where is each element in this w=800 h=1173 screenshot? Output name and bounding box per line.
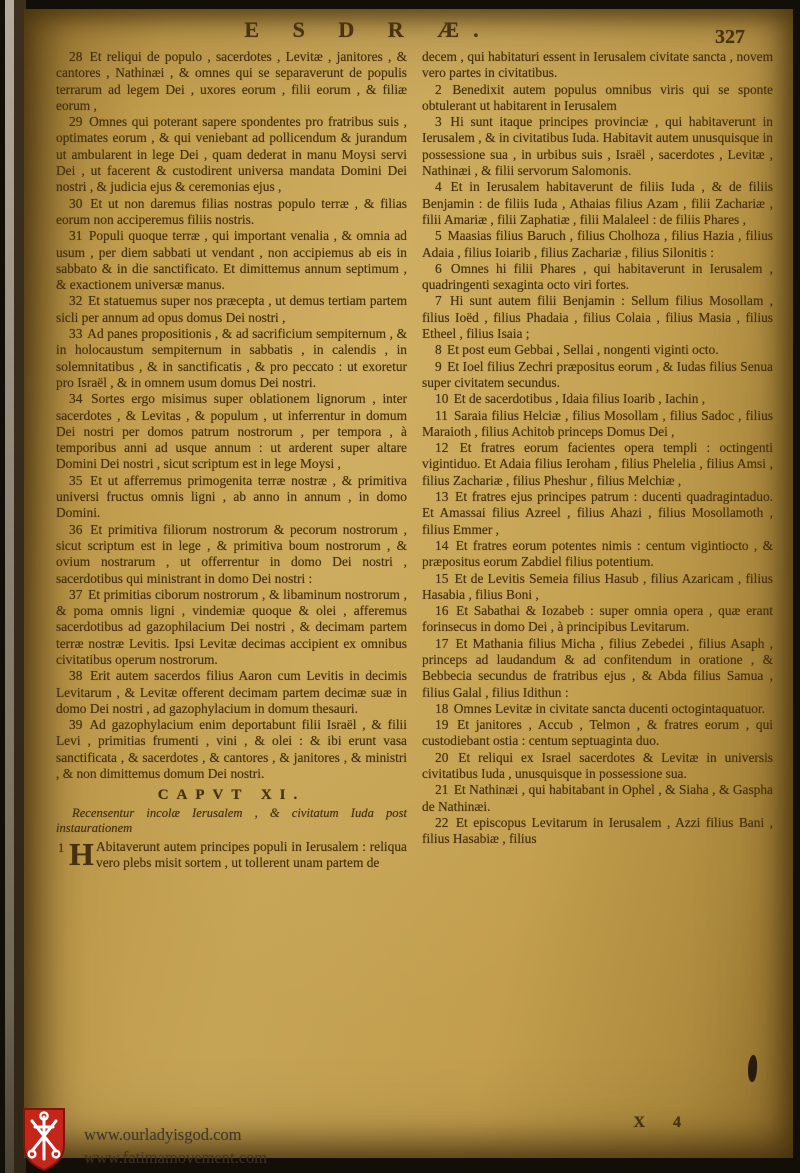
verse-text: Et post eum Gebbai , Sellai , nongenti v…	[444, 342, 719, 357]
verse-13: 13 Et fratres ejus principes patrum : du…	[422, 489, 773, 538]
verse-37: 37 Et primitias ciborum nostrorum , & li…	[56, 587, 407, 668]
verse-number: 18	[435, 701, 450, 716]
verse-10: 10 Et de sacerdotibus , Idaia filius Ioa…	[422, 391, 773, 407]
verse-39: 39 Ad gazophylacium enim deportabunt fil…	[56, 717, 407, 782]
verse-18: 18 Omnes Levitæ in civitate sancta ducen…	[422, 701, 773, 717]
verse-16: 16 Et Sabathai & Iozabeb : super omnia o…	[422, 603, 773, 636]
verse-text: Populi quoque terræ , qui important vena…	[56, 228, 407, 292]
verse-number: 20	[435, 750, 450, 765]
verse-7: 7 Hi sunt autem filii Benjamin : Sellum …	[422, 293, 773, 342]
verse-text: Et ut afferremus primogenita terræ nostr…	[56, 473, 407, 521]
verse-34: 34 Sortes ergo misimus super oblationem …	[56, 391, 407, 472]
verse-number: 30	[69, 196, 84, 211]
verse-text: Et janitores , Accub , Telmon , & fratre…	[422, 717, 773, 748]
verse-9: 9 Et Ioel filius Zechri præpositus eorum…	[422, 359, 773, 392]
verse-number: 34	[69, 391, 84, 406]
verse-text: Et Mathania filius Micha , filius Zebede…	[422, 636, 773, 700]
verse-number: 4	[435, 179, 444, 194]
verse-32: 32 Et statuemus super nos præcepta , ut …	[56, 293, 407, 326]
verse-33: 33 Ad panes propositionis , & ad sacrifi…	[56, 326, 407, 391]
verse-text: Et fratres ejus principes patrum : ducen…	[422, 489, 773, 537]
verse-11: 11 Saraia filius Helciæ , filius Mosolla…	[422, 408, 773, 441]
verse-21: 21 Et Nathinæi , qui habitabant in Ophel…	[422, 782, 773, 815]
verse-text: Saraia filius Helciæ , filius Mosollam ,…	[422, 408, 773, 439]
verse-text: Et in Ierusalem habitaverunt de filiis I…	[422, 179, 773, 227]
verse-number: 10	[435, 391, 450, 406]
book-page-edges	[5, 0, 14, 1173]
verse-number: 33	[69, 326, 84, 341]
verse-5: 5 Maasias filius Baruch , filius Cholhoz…	[422, 228, 773, 261]
verse-31: 31 Populi quoque terræ , qui important v…	[56, 228, 407, 293]
verse-number: 39	[69, 717, 84, 732]
verse-number: 5	[435, 228, 444, 243]
verse-number: 21	[435, 782, 450, 797]
watermark: www.ourladyisgod.com www.fatimamovement.…	[22, 1107, 267, 1171]
verse-36: 36 Et primitiva filiorum nostrorum & pec…	[56, 522, 407, 587]
verse-1: 1 H Abitaverunt autem principes populi i…	[56, 839, 407, 872]
verse-15: 15 Et de Levitis Semeia filius Hasub , f…	[422, 571, 773, 604]
verse-20: 20 Et reliqui ex Israel sacerdotes & Lev…	[422, 750, 773, 783]
verse-number: 2	[435, 82, 444, 97]
verse-text: Et primitias ciborum nostrorum , & libam…	[56, 587, 407, 667]
signature-mark: X 4	[633, 1114, 693, 1132]
verse-text: Omnes hi filii Phares , qui habitaverunt…	[422, 261, 773, 292]
verse-3: 3 Hi sunt itaque principes provinciæ , q…	[422, 114, 773, 179]
drop-cap-initial: H	[69, 839, 94, 870]
verse-text: Sortes ergo misimus super oblationem lig…	[56, 391, 407, 471]
verse-text: Et de sacerdotibus , Idaia filius Ioarib…	[450, 391, 705, 406]
verse-number: 22	[435, 815, 450, 830]
verse-number: 7	[435, 293, 444, 308]
watermark-url: www.fatimamovement.com	[84, 1146, 267, 1169]
verse-text: Et fratres eorum facientes opera templi …	[422, 440, 773, 488]
verse-text: Hi sunt autem filii Benjamin : Sellum fi…	[422, 293, 773, 341]
verse-text: Maasias filius Baruch , filius Cholhoza …	[422, 228, 773, 259]
verse-number: 11	[435, 408, 450, 423]
verse-text: Et primitiva filiorum nostrorum & pecoru…	[56, 522, 407, 586]
right-column: decem , qui habitaturi essent in Ierusal…	[422, 49, 773, 1136]
verse-6: 6 Omnes hi filii Phares , qui habitaveru…	[422, 261, 773, 294]
verse-number: 37	[69, 587, 84, 602]
verse-text: Ad gazophylacium enim deportabunt filii …	[56, 717, 407, 781]
verse-text: Et statuemus super nos præcepta , ut dem…	[56, 293, 407, 324]
page-number: 327	[715, 26, 745, 49]
verse-continuation: decem , qui habitaturi essent in Ierusal…	[422, 49, 773, 82]
verse-14: 14 Et fratres eorum potentes nimis : cen…	[422, 538, 773, 571]
text-columns: 28 Et reliqui de populo , sacerdotes , L…	[56, 49, 773, 1136]
verse-number: 3	[435, 114, 444, 129]
chapter-heading: CAPVT XI.	[56, 787, 407, 803]
verse-number: 14	[435, 538, 450, 553]
verse-text: Et fratres eorum potentes nimis : centum…	[422, 538, 773, 569]
verse-2: 2 Benedixit autem populus omnibus viris …	[422, 82, 773, 115]
verse-35: 35 Et ut afferremus primogenita terræ no…	[56, 473, 407, 522]
verse-text: Et reliqui ex Israel sacerdotes & Levitæ…	[422, 750, 773, 781]
verse-text: Et Ioel filius Zechri præpositus eorum ,…	[422, 359, 773, 390]
left-column-verses: 28 Et reliqui de populo , sacerdotes , L…	[56, 49, 407, 782]
verse-number: 9	[435, 359, 444, 374]
verse-28: 28 Et reliqui de populo , sacerdotes , L…	[56, 49, 407, 114]
verse-number: 13	[435, 489, 450, 504]
verse-number: 8	[435, 342, 444, 357]
verse-number: 6	[435, 261, 444, 276]
verse-text: Abitaverunt autem principes populi in Ie…	[96, 839, 407, 870]
book-page: E S D R Æ. 327 28 Et reliqui de populo ,…	[24, 9, 793, 1158]
verse-text: Et Nathinæi , qui habitabant in Ophel , …	[422, 782, 773, 813]
verse-number: 19	[435, 717, 450, 732]
verse-4: 4 Et in Ierusalem habitaverunt de filiis…	[422, 179, 773, 228]
verse-number: 28	[69, 49, 84, 64]
verse-number: 16	[435, 603, 450, 618]
verse-8: 8 Et post eum Gebbai , Sellai , nongenti…	[422, 342, 773, 358]
verse-12: 12 Et fratres eorum facientes opera temp…	[422, 440, 773, 489]
verse-number: 38	[69, 668, 84, 683]
running-head: E S D R Æ.	[24, 17, 713, 43]
verse-22: 22 Et episcopus Levitarum in Ierusalem ,…	[422, 815, 773, 848]
verse-number: 36	[69, 522, 84, 537]
verse-number: 35	[69, 473, 84, 488]
verse-text: Omnes Levitæ in civitate sancta ducenti …	[450, 701, 765, 716]
verse-text: Et de Levitis Semeia filius Hasub , fili…	[422, 571, 773, 602]
verse-number: 31	[69, 228, 84, 243]
left-column: 28 Et reliqui de populo , sacerdotes , L…	[56, 49, 407, 1136]
verse-text: Et episcopus Levitarum in Ierusalem , Az…	[422, 815, 773, 846]
verse-text: Benedixit autem populus omnibus viris qu…	[422, 82, 773, 113]
verse-number: 29	[69, 114, 84, 129]
verse-17: 17 Et Mathania filius Micha , filius Zeb…	[422, 636, 773, 701]
verse-text: Hi sunt itaque principes provinciæ , qui…	[422, 114, 773, 178]
verse-number: 12	[435, 440, 450, 455]
verse-number: 17	[435, 636, 450, 651]
verse-19: 19 Et janitores , Accub , Telmon , & fra…	[422, 717, 773, 750]
right-column-verses: 2 Benedixit autem populus omnibus viris …	[422, 82, 773, 848]
verse-text: Et reliqui de populo , sacerdotes , Levi…	[56, 49, 407, 113]
verse-text: Omnes qui poterant sapere spondentes pro…	[56, 114, 407, 194]
verse-text: Erit autem sacerdos filius Aaron cum Lev…	[56, 668, 407, 716]
watermark-urls: www.ourladyisgod.com www.fatimamovement.…	[84, 1123, 267, 1171]
watermark-url: www.ourladyisgod.com	[84, 1123, 267, 1146]
verse-number: 1	[58, 840, 64, 856]
verse-number: 32	[69, 293, 84, 308]
verse-text: Et Sabathai & Iozabeb : super omnia oper…	[422, 603, 773, 634]
verse-30: 30 Et ut non daremus filias nostras popu…	[56, 196, 407, 229]
verse-29: 29 Omnes qui poterant sapere spondentes …	[56, 114, 407, 195]
chapter-argument: Recensentur incolæ Ierusalem , & civitat…	[56, 806, 407, 837]
verse-text: Et ut non daremus filias nostras populo …	[56, 196, 407, 227]
verse-number: 15	[435, 571, 450, 586]
shield-cross-keys-icon	[22, 1107, 66, 1171]
verse-38: 38 Erit autem sacerdos filius Aaron cum …	[56, 668, 407, 717]
verse-text: Ad panes propositionis , & ad sacrificiu…	[56, 326, 407, 390]
